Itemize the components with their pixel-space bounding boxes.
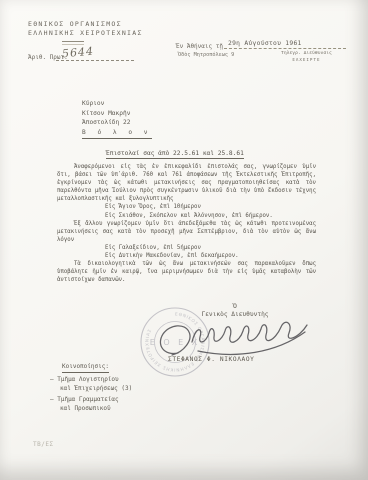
- cc-item-line: καὶ Ἐπιχειρήσεως (3): [60, 384, 132, 393]
- recipient-salutation: Κύριον: [82, 99, 152, 109]
- org-street-address: Ὁδὸς Μητροπόλεως 9: [178, 52, 234, 58]
- letterhead-org: ΕΘΝΙΚΟΣ ΟΡΓΑΝΙΣΜΟΣ ΕΛΛΗΝΙΚΗΣ ΧΕΙΡΟΤΕΧΝΙΑ…: [28, 20, 143, 45]
- org-name-line2: ΕΛΛΗΝΙΚΗΣ ΧΕΙΡΟΤΕΧΝΙΑΣ: [28, 29, 143, 38]
- recipient-name: Κίτσον Μακρῆν: [82, 109, 152, 119]
- recipient-street: Ἀποστολίδη 22: [82, 118, 152, 128]
- date-underline: [224, 48, 346, 49]
- itinerary-item: Εἰς Γαλαξείδιον, ἐπὶ 5ήμερον: [105, 244, 316, 252]
- recipient-city: Β ό λ ο ν: [82, 128, 152, 140]
- signature-article: Ὁ: [200, 302, 270, 310]
- cc-block: Κοινοποίησις: – Τμῆμα Λογιστηρίου καὶ Ἐπ…: [50, 362, 132, 413]
- cc-item-line: καὶ Προσωπικοῦ: [60, 404, 132, 413]
- recipient-block: Κύριον Κίτσον Μακρῆν Ἀποστολίδη 22 Β ό λ…: [82, 99, 152, 139]
- itinerary-item: Εἰς Σκιάθον, Σκόπελον καὶ Ἀλόννησον, ἐπὶ…: [105, 212, 316, 220]
- cc-label: Κοινοποίησις:: [62, 362, 109, 373]
- itinerary-item: Εἰς Δυτικὴν Μακεδονίαν, ἐπὶ δεκαήμερον.: [105, 252, 316, 260]
- handwritten-signature-icon: [148, 315, 316, 361]
- body-paragraph-1: Ἀναφερόμενοι εἰς τὰς ἐν ἐπικεφαλίδι ἐπισ…: [57, 163, 316, 203]
- scanned-letter-page: ΕΘΝΙΚΟΣ ΟΡΓΑΝΙΣΜΟΣ ΕΛΛΗΝΙΚΗΣ ΧΕΙΡΟΤΕΧΝΙΑ…: [0, 0, 368, 480]
- telegraph-name: ΕΛΧΕΙΡΤΕ: [281, 57, 332, 63]
- cc-item-line: Τμῆμα Γραμματείας: [57, 396, 118, 403]
- itinerary-item: Εἰς Ἅγιον Ὄρος, ἐπὶ 10ήμερον: [105, 203, 316, 211]
- subject-line: Ἐπιστολαί σας ἀπὸ 22.5.61 καὶ 25.8.61: [106, 150, 244, 159]
- cc-item: – Τμῆμα Γραμματείας καὶ Προσωπικοῦ: [50, 395, 132, 413]
- org-name-line1: ΕΘΝΙΚΟΣ ΟΡΓΑΝΙΣΜΟΣ: [28, 20, 143, 29]
- protocol-number-line: [56, 60, 134, 61]
- typist-initials: ΤΒ/ΕΣ: [33, 441, 54, 448]
- letter-body: Ἀναφερόμενοι εἰς τὰς ἐν ἐπικεφαλίδι ἐπισ…: [57, 163, 316, 284]
- cc-item: – Τμῆμα Λογιστηρίου καὶ Ἐπιχειρήσεως (3): [50, 375, 132, 393]
- cc-item-line: Τμῆμα Λογιστηρίου: [57, 376, 118, 383]
- body-paragraph-2: Ἐξ ἄλλου γνωρίζομεν ὑμῖν ὅτι ἀπεδεξάμεθα…: [57, 220, 316, 244]
- place-label: Ἐν Ἀθήναις τῇ: [176, 43, 223, 50]
- telegraph-block: Τηλεγρ. Διεύθυνσις ΕΛΧΕΙΡΤΕ: [281, 51, 332, 63]
- signature-name: ΣΤΕΦΑΝΟΣ Φ. ΝΙΚΟΛΑΟΥ: [168, 356, 255, 363]
- body-paragraph-3: Τὰ δικαιολογητικὰ τῶν ὡς ἄνω μετακινήσεώ…: [57, 260, 316, 284]
- letterhead-divider: [62, 41, 84, 45]
- protocol-number-handwritten: 5644: [61, 45, 94, 61]
- letter-date: 29η Αὐγούστου 1961: [228, 40, 302, 47]
